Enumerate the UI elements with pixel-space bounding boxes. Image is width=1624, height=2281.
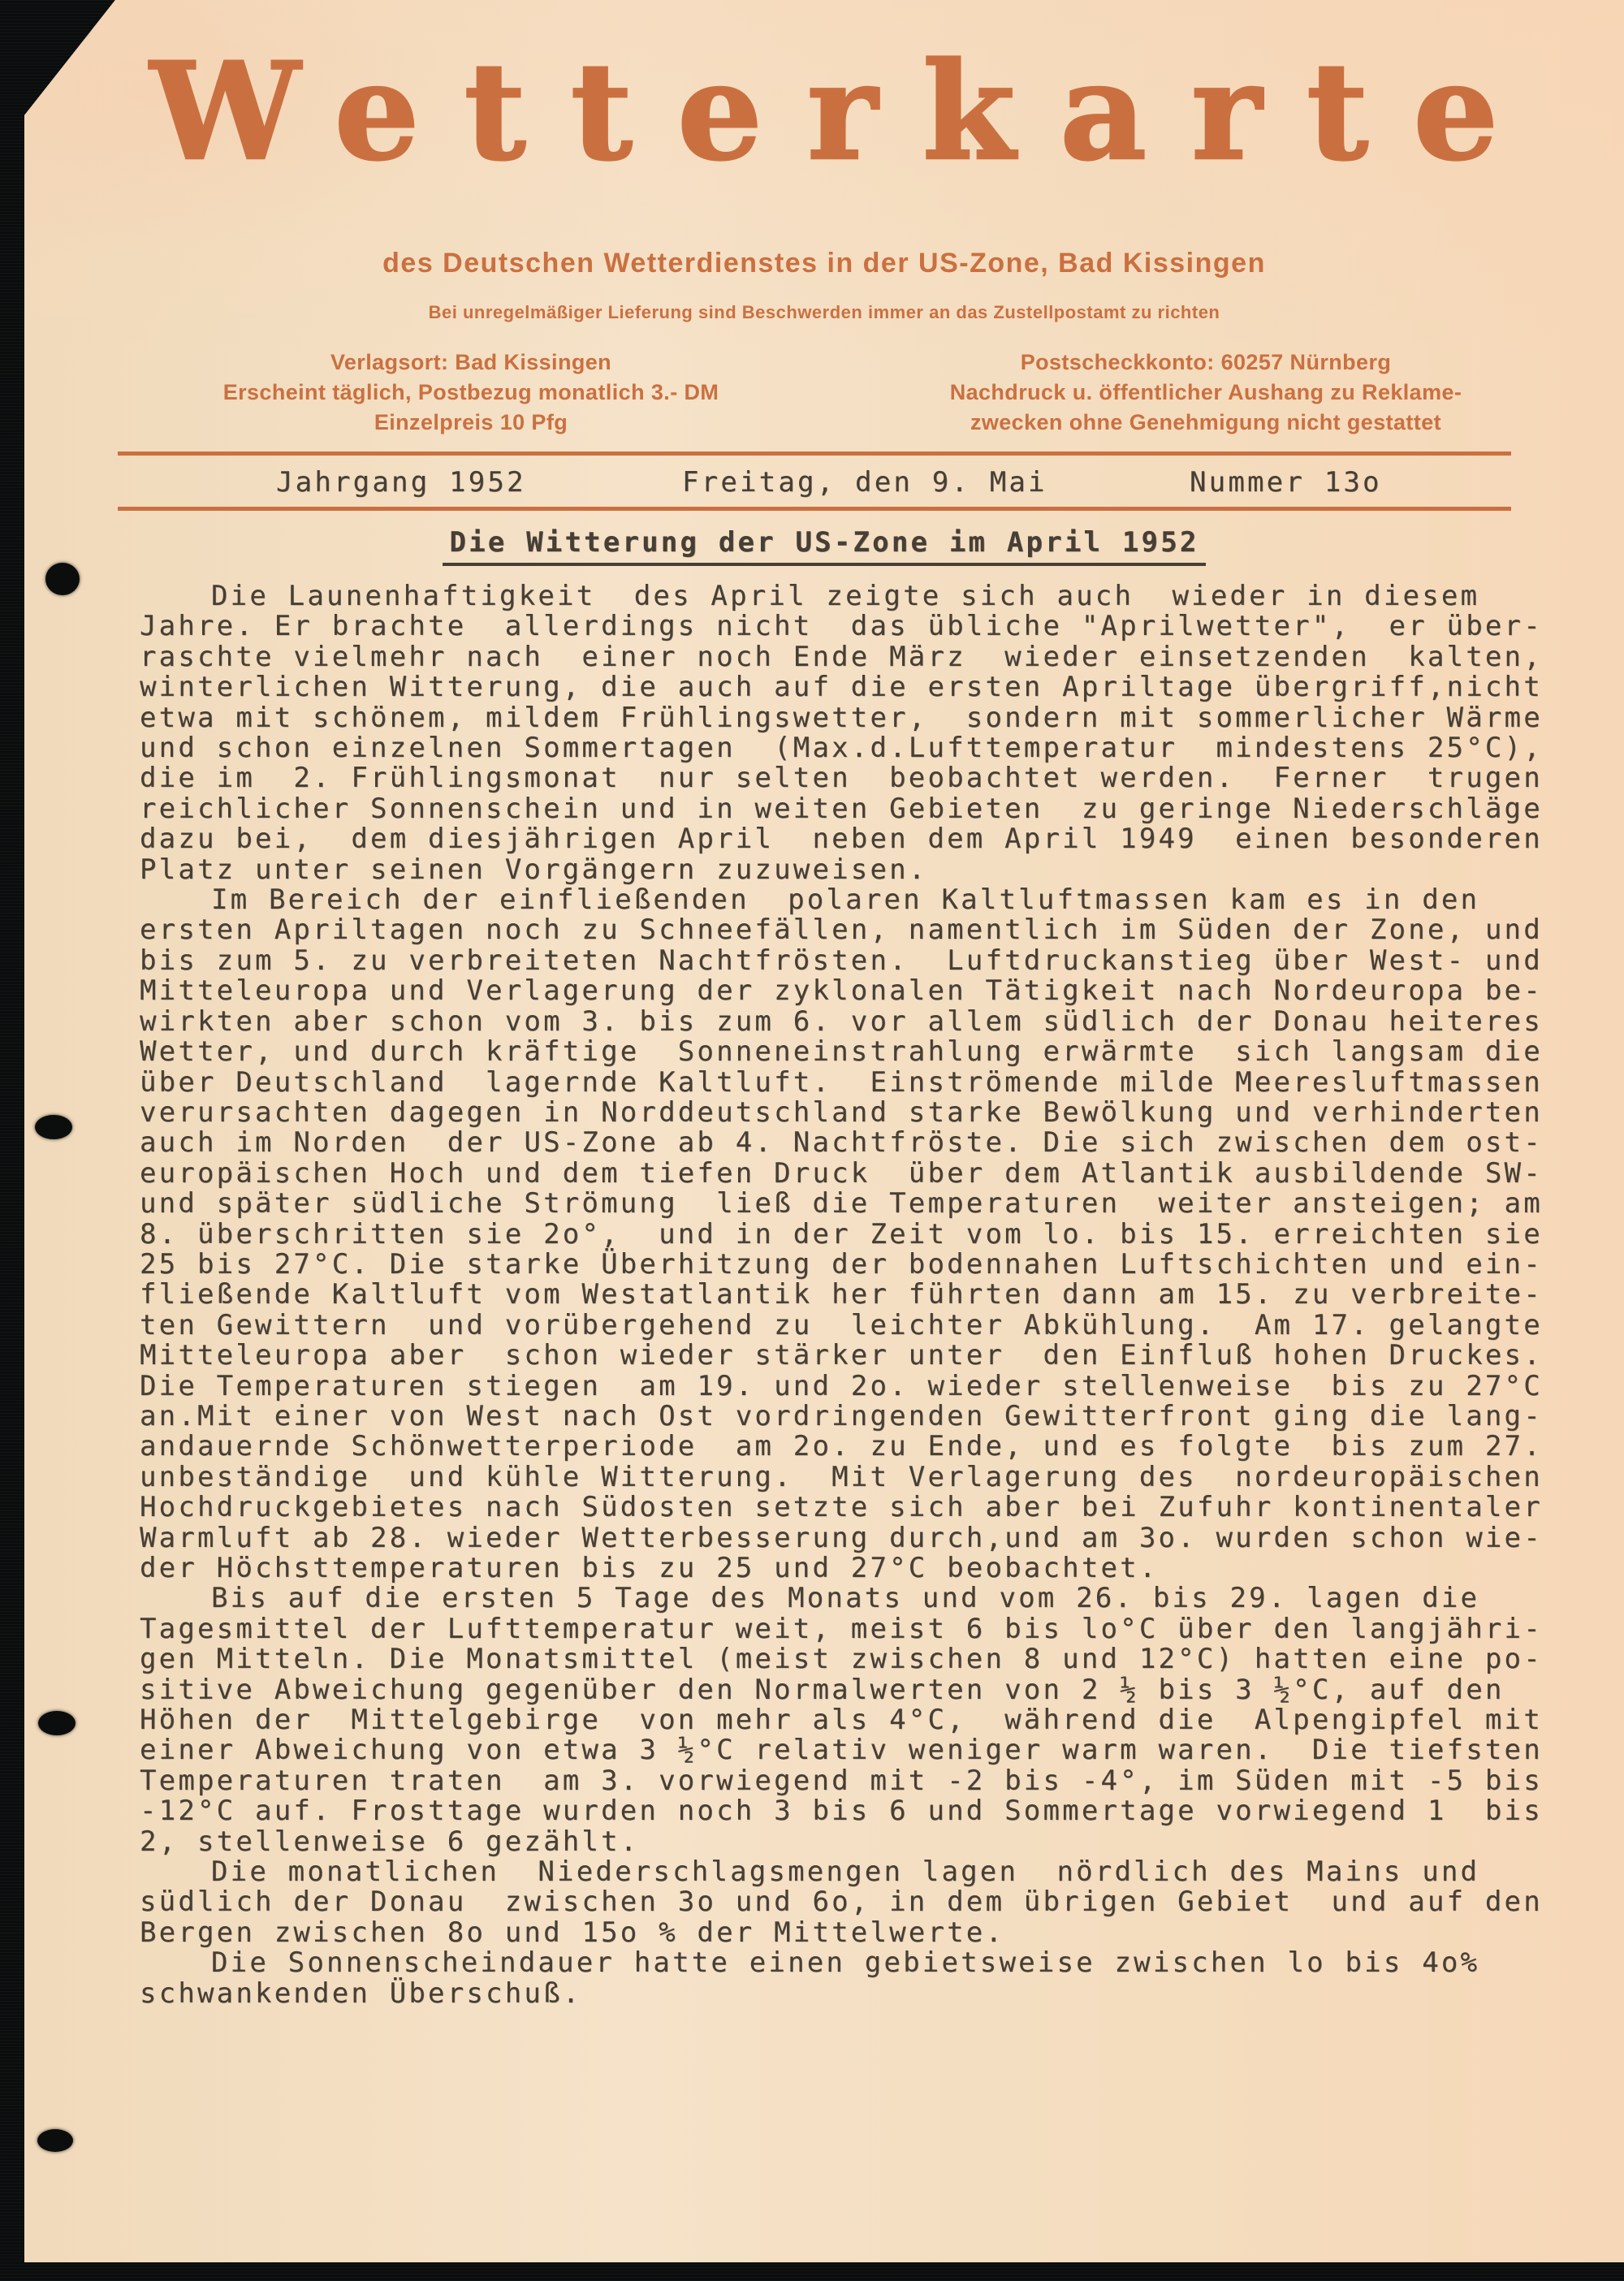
masthead-rule-bottom <box>118 507 1511 511</box>
punch-hole <box>45 563 80 595</box>
volume-label: Jahrgang 1952 <box>276 466 526 499</box>
masthead-rule-top <box>118 451 1511 456</box>
paper-sheet: Wetterkarte des Deutschen Wetterdienstes… <box>24 0 1624 2262</box>
publisher-info-block: Verlagsort: Bad Kissingen Erscheint tägl… <box>171 348 771 438</box>
paragraph: Die Sonnenscheindauer hatte einen gebiet… <box>140 1948 1618 2009</box>
paragraph: Die Launenhaftigkeit des April zeigte si… <box>140 581 1618 885</box>
paragraph: Im Bereich der einfließenden polaren Kal… <box>140 885 1618 1583</box>
scan-background: { "masthead": { "title": "Wetterkarte", … <box>0 0 1624 2281</box>
article-headline-row: Die Witterung der US-Zone im April 1952 <box>24 526 1624 566</box>
article-body: Die Launenhaftigkeit des April zeigte si… <box>140 581 1618 2009</box>
article-headline: Die Witterung der US-Zone im April 1952 <box>443 526 1205 566</box>
dateline-row: Jahrgang 1952 Freitag, den 9. Mai Nummer… <box>24 466 1624 502</box>
paragraph: Bis auf die ersten 5 Tage des Monats und… <box>140 1583 1618 1857</box>
punch-hole <box>38 1711 76 1735</box>
postal-info-block: Postscheckkonto: 60257 Nürnberg Nachdruc… <box>922 348 1490 438</box>
punch-hole <box>42 12 89 41</box>
masthead-subtitle: des Deutschen Wetterdienstes in der US-Z… <box>24 247 1624 280</box>
punch-hole <box>35 1115 72 1139</box>
issue-number: Nummer 13o <box>1190 466 1382 499</box>
paragraph: Die monatlichen Niederschlagsmengen lage… <box>140 1857 1618 1948</box>
delivery-notice: Bei unregelmäßiger Lieferung sind Beschw… <box>24 302 1624 323</box>
punch-hole <box>37 2129 73 2152</box>
issue-date: Freitag, den 9. Mai <box>682 466 1047 499</box>
newspaper-title: Wetterkarte <box>24 45 1624 179</box>
